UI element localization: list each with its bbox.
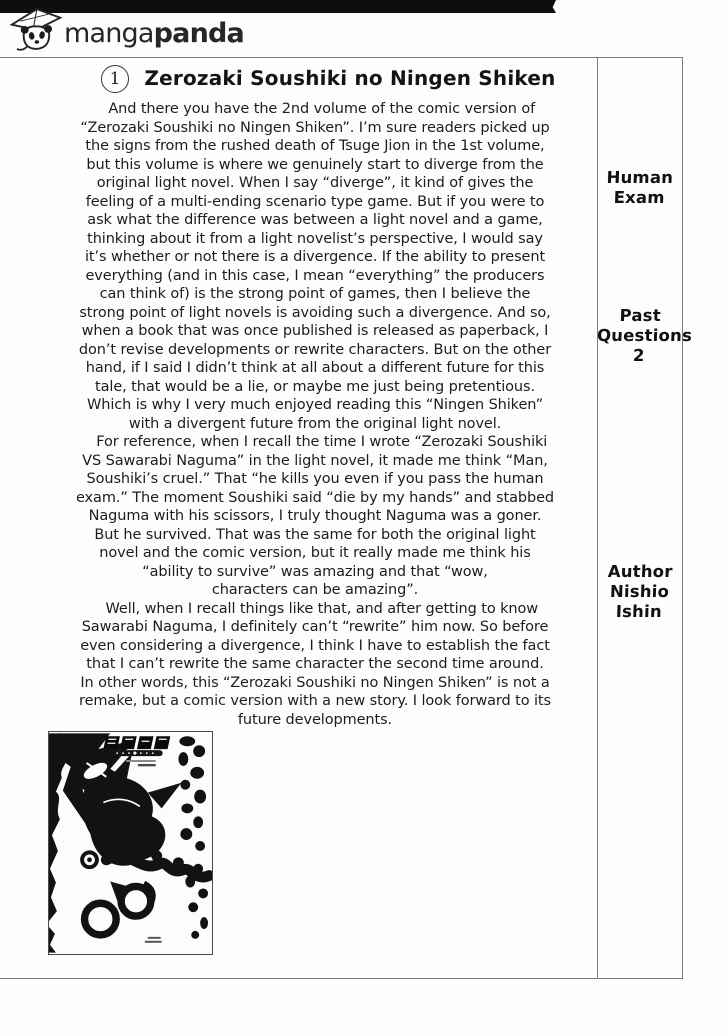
frame-top-line (0, 57, 683, 58)
article-line: with a divergent future from the origina… (35, 415, 595, 434)
article-line: hand, if I said I didn’t think at all ab… (35, 359, 595, 378)
article-line: For reference, when I recall the time I … (35, 433, 595, 452)
article-line: tale, that would be a lie, or maybe me j… (35, 378, 595, 397)
article-line: Which is why I very much enjoyed reading… (35, 396, 595, 415)
frame-right-vertical-line (682, 57, 683, 978)
article-line: strong point of light novels is avoiding… (35, 304, 595, 323)
article-line: Naguma with his scissors, I truly though… (35, 507, 595, 526)
article-line: the signs from the rushed death of Tsuge… (35, 137, 595, 156)
article-line: everything (and in this case, I mean “ev… (35, 267, 595, 286)
article-line: Soushiki’s cruel.” That “he kills you ev… (35, 470, 595, 489)
article-line: even considering a divergence, I think I… (35, 637, 595, 656)
article-line: ask what the difference was between a li… (35, 211, 595, 230)
article-line: “ability to survive” was amazing and tha… (35, 563, 595, 582)
article-line: when a book that was once published is r… (35, 322, 595, 341)
sidebar-label-human-exam: Human Exam (596, 168, 682, 208)
article-line: that I can’t rewrite the same character … (35, 655, 595, 674)
article-line: And there you have the 2nd volume of the… (35, 100, 595, 119)
book-cover-illustration (49, 732, 212, 954)
article-line: it’s whether or not there is a divergenc… (35, 248, 595, 267)
chapter-number: 1 (110, 69, 121, 89)
article-line: Sawarabi Naguma, I definitely can’t “rew… (35, 618, 595, 637)
article-line: But he survived. That was the same for b… (35, 526, 595, 545)
article-line: Well, when I recall things like that, an… (35, 600, 595, 619)
frame-bottom-line (0, 978, 683, 979)
manga-reader-page: { "site": { "logo_regular": "manga", "lo… (0, 0, 728, 1036)
article-line: feeling of a multi-ending scenario type … (35, 193, 595, 212)
panda-icon (10, 6, 62, 52)
sidebar-label-past-questions: Past Questions 2 (596, 306, 683, 366)
sidebar-label-author: Author Nishio Ishin (596, 562, 683, 622)
article-line: future developments. (35, 711, 595, 730)
article-line: characters can be amazing”. (35, 581, 595, 600)
article-line: original light novel. When I say “diverg… (35, 174, 595, 193)
article-line: exam.” The moment Soushiki said “die by … (35, 489, 595, 508)
article-line: VS Sawarabi Naguma” in the light novel, … (35, 452, 595, 471)
article-line: thinking about it from a light novelist’… (35, 230, 595, 249)
site-logo[interactable]: mangapanda (10, 6, 244, 52)
article-line: In other words, this “Zerozaki Soushiki … (35, 674, 595, 693)
book-cover-image[interactable] (48, 731, 213, 955)
article-line: remake, but a comic version with a new s… (35, 692, 595, 711)
article-line: “Zerozaki Soushiki no Ningen Shiken”. I’… (35, 119, 595, 138)
article-line: can think of) is the strong point of gam… (35, 285, 595, 304)
article-line: but this volume is where we genuinely st… (35, 156, 595, 175)
afterword-text-block[interactable]: And there you have the 2nd volume of the… (35, 100, 595, 729)
article-line: don’t revise developments or rewrite cha… (35, 341, 595, 360)
chapter-number-badge: 1 (101, 65, 129, 93)
article-line: novel and the comic version, but it real… (35, 544, 595, 563)
page-title: Zerozaki Soushiki no Ningen Shiken (140, 66, 560, 90)
logo-text: mangapanda (64, 20, 244, 47)
